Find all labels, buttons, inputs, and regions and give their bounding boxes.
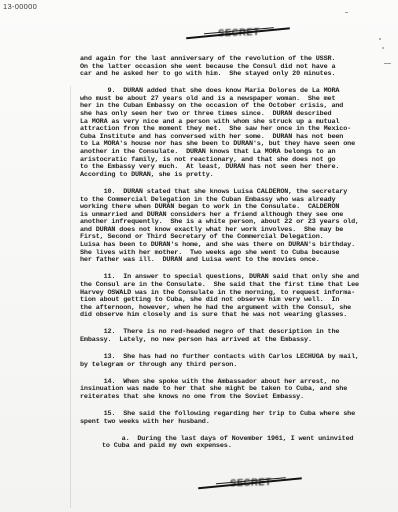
document-id-number: 13-00000 <box>3 2 37 11</box>
paragraph-12: 12. There is no red-headed negro of that… <box>80 329 390 344</box>
secret-stamp-bottom: SECRET <box>198 470 319 496</box>
scan-artifact <box>379 38 381 40</box>
paragraph-13: 13. She has had no further contacts with… <box>80 354 390 369</box>
secret-stamp-top: SECRET <box>186 20 307 46</box>
paragraph-10: 10. DURAN stated that she knows Luisa CA… <box>80 189 390 265</box>
paragraph-14: 14. When she spoke with the Ambassador a… <box>80 379 390 402</box>
paragraph-9: 9. DURAN added that she does know Maria … <box>80 88 390 179</box>
paragraph-15: 15. She said the following regarding her… <box>80 411 390 426</box>
paragraph-11: 11. In answer to special questions, DURA… <box>80 274 390 320</box>
scan-artifact <box>382 47 384 49</box>
page-fold-line <box>70 86 71 508</box>
paragraph-continuation: and again for the last anniversary of th… <box>80 56 390 79</box>
paragraph-15a: a. During the last days of November 1961… <box>102 436 390 451</box>
document-body: and again for the last anniversary of th… <box>80 56 390 460</box>
scan-artifact <box>345 12 348 13</box>
scanned-document-page: 13-00000 SECRET and again for the last a… <box>0 0 398 512</box>
